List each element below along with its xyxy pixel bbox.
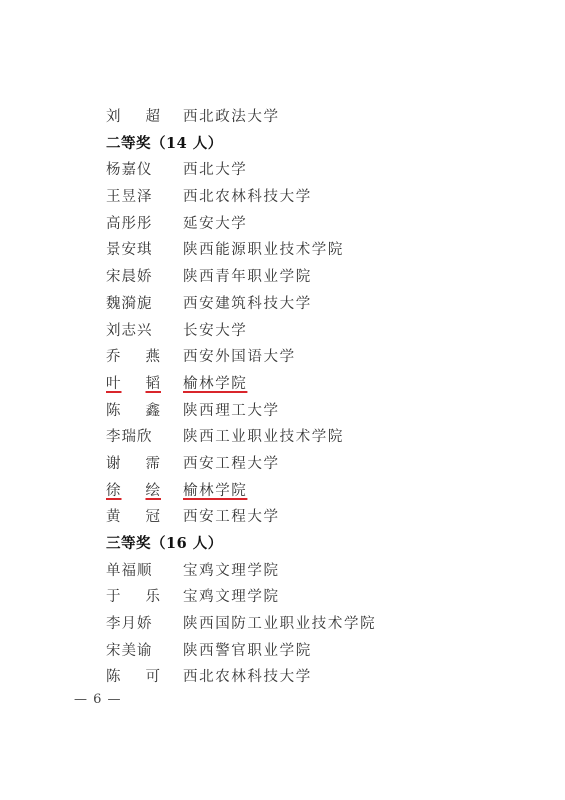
winner-entry: 李瑞欣陕西工业职业技术学院 xyxy=(106,424,526,451)
winner-entry: 徐绘榆林学院 xyxy=(106,478,526,505)
given-name: 燕 xyxy=(146,344,162,371)
winner-name: 刘超 xyxy=(106,104,183,131)
school-name: 西安工程大学 xyxy=(183,451,280,478)
winner-name: 单福顺 xyxy=(106,558,183,585)
winner-entry: 陈可西北农林科技大学 xyxy=(106,664,526,691)
school-name: 榆林学院 xyxy=(183,478,247,505)
surname: 陈 xyxy=(106,664,122,691)
winner-name: 李月娇 xyxy=(106,611,183,638)
school-name: 陕西国防工业职业技术学院 xyxy=(183,611,376,638)
winner-entry: 陈鑫陕西理工大学 xyxy=(106,398,526,425)
heading-text: 三等奖（16 人） xyxy=(106,535,223,552)
winner-name: 叶韬 xyxy=(106,371,183,398)
given-name: 可 xyxy=(146,664,162,691)
winner-entry: 刘志兴长安大学 xyxy=(106,318,526,345)
school-name: 西北政法大学 xyxy=(183,104,280,131)
heading-text: 二等奖（14 人） xyxy=(106,135,223,152)
award-tier-heading: 二等奖（14 人） xyxy=(106,131,526,158)
winner-name: 魏漪旎 xyxy=(106,291,183,318)
surname: 陈 xyxy=(106,398,122,425)
surname: 徐 xyxy=(106,478,122,505)
winner-entry: 宋晨娇陕西青年职业学院 xyxy=(106,264,526,291)
winner-name: 乔燕 xyxy=(106,344,183,371)
winner-entry: 魏漪旎西安建筑科技大学 xyxy=(106,291,526,318)
school-name: 陕西能源职业技术学院 xyxy=(183,237,344,264)
school-name: 西安外国语大学 xyxy=(183,344,296,371)
school-name: 陕西理工大学 xyxy=(183,398,280,425)
school-name: 陕西青年职业学院 xyxy=(183,264,312,291)
winner-name: 陈鑫 xyxy=(106,398,183,425)
given-name: 超 xyxy=(146,104,162,131)
winner-entry: 单福顺宝鸡文理学院 xyxy=(106,558,526,585)
winner-entry: 宋美谕陕西警官职业学院 xyxy=(106,638,526,665)
school-name: 西安工程大学 xyxy=(183,504,280,531)
winner-entry: 景安琪陕西能源职业技术学院 xyxy=(106,237,526,264)
winner-entry: 王昱泽西北农林科技大学 xyxy=(106,184,526,211)
winner-name: 高彤彤 xyxy=(106,211,183,238)
surname: 乔 xyxy=(106,344,122,371)
winner-name: 王昱泽 xyxy=(106,184,183,211)
school-name: 陕西工业职业技术学院 xyxy=(183,424,344,451)
school-name: 陕西警官职业学院 xyxy=(183,638,312,665)
award-list: 刘超西北政法大学二等奖（14 人）杨嘉仪西北大学王昱泽西北农林科技大学高彤彤延安… xyxy=(106,104,526,691)
winner-name: 李瑞欣 xyxy=(106,424,183,451)
winner-entry: 乔燕西安外国语大学 xyxy=(106,344,526,371)
winner-entry: 刘超西北政法大学 xyxy=(106,104,526,131)
winner-name: 陈可 xyxy=(106,664,183,691)
school-name: 宝鸡文理学院 xyxy=(183,584,280,611)
winner-entry: 于乐宝鸡文理学院 xyxy=(106,584,526,611)
winner-entry: 叶韬榆林学院 xyxy=(106,371,526,398)
page-number: — 6 — xyxy=(74,692,122,707)
winner-name: 于乐 xyxy=(106,584,183,611)
given-name: 韬 xyxy=(146,371,162,398)
given-name: 冠 xyxy=(146,504,162,531)
winner-entry: 谢霈西安工程大学 xyxy=(106,451,526,478)
winner-name: 谢霈 xyxy=(106,451,183,478)
winner-name: 宋晨娇 xyxy=(106,264,183,291)
surname: 谢 xyxy=(106,451,122,478)
given-name: 鑫 xyxy=(146,398,162,425)
given-name: 乐 xyxy=(146,584,162,611)
surname: 黄 xyxy=(106,504,122,531)
surname: 刘 xyxy=(106,104,122,131)
surname: 叶 xyxy=(106,371,122,398)
winner-entry: 高彤彤延安大学 xyxy=(106,211,526,238)
school-name: 西安建筑科技大学 xyxy=(183,291,312,318)
winner-name: 景安琪 xyxy=(106,237,183,264)
school-name: 延安大学 xyxy=(183,211,247,238)
winner-name: 黄冠 xyxy=(106,504,183,531)
winner-name: 刘志兴 xyxy=(106,318,183,345)
document-page: 刘超西北政法大学二等奖（14 人）杨嘉仪西北大学王昱泽西北农林科技大学高彤彤延安… xyxy=(0,0,565,800)
surname: 于 xyxy=(106,584,122,611)
school-name: 西北大学 xyxy=(183,157,247,184)
school-name: 宝鸡文理学院 xyxy=(183,558,280,585)
school-name: 西北农林科技大学 xyxy=(183,184,312,211)
school-name: 长安大学 xyxy=(183,318,247,345)
award-tier-heading: 三等奖（16 人） xyxy=(106,531,526,558)
winner-name: 杨嘉仪 xyxy=(106,157,183,184)
winner-entry: 李月娇陕西国防工业职业技术学院 xyxy=(106,611,526,638)
winner-name: 宋美谕 xyxy=(106,638,183,665)
given-name: 霈 xyxy=(146,451,162,478)
winner-entry: 黄冠西安工程大学 xyxy=(106,504,526,531)
given-name: 绘 xyxy=(146,478,162,505)
winner-name: 徐绘 xyxy=(106,478,183,505)
winner-entry: 杨嘉仪西北大学 xyxy=(106,157,526,184)
school-name: 榆林学院 xyxy=(183,371,247,398)
school-name: 西北农林科技大学 xyxy=(183,664,312,691)
